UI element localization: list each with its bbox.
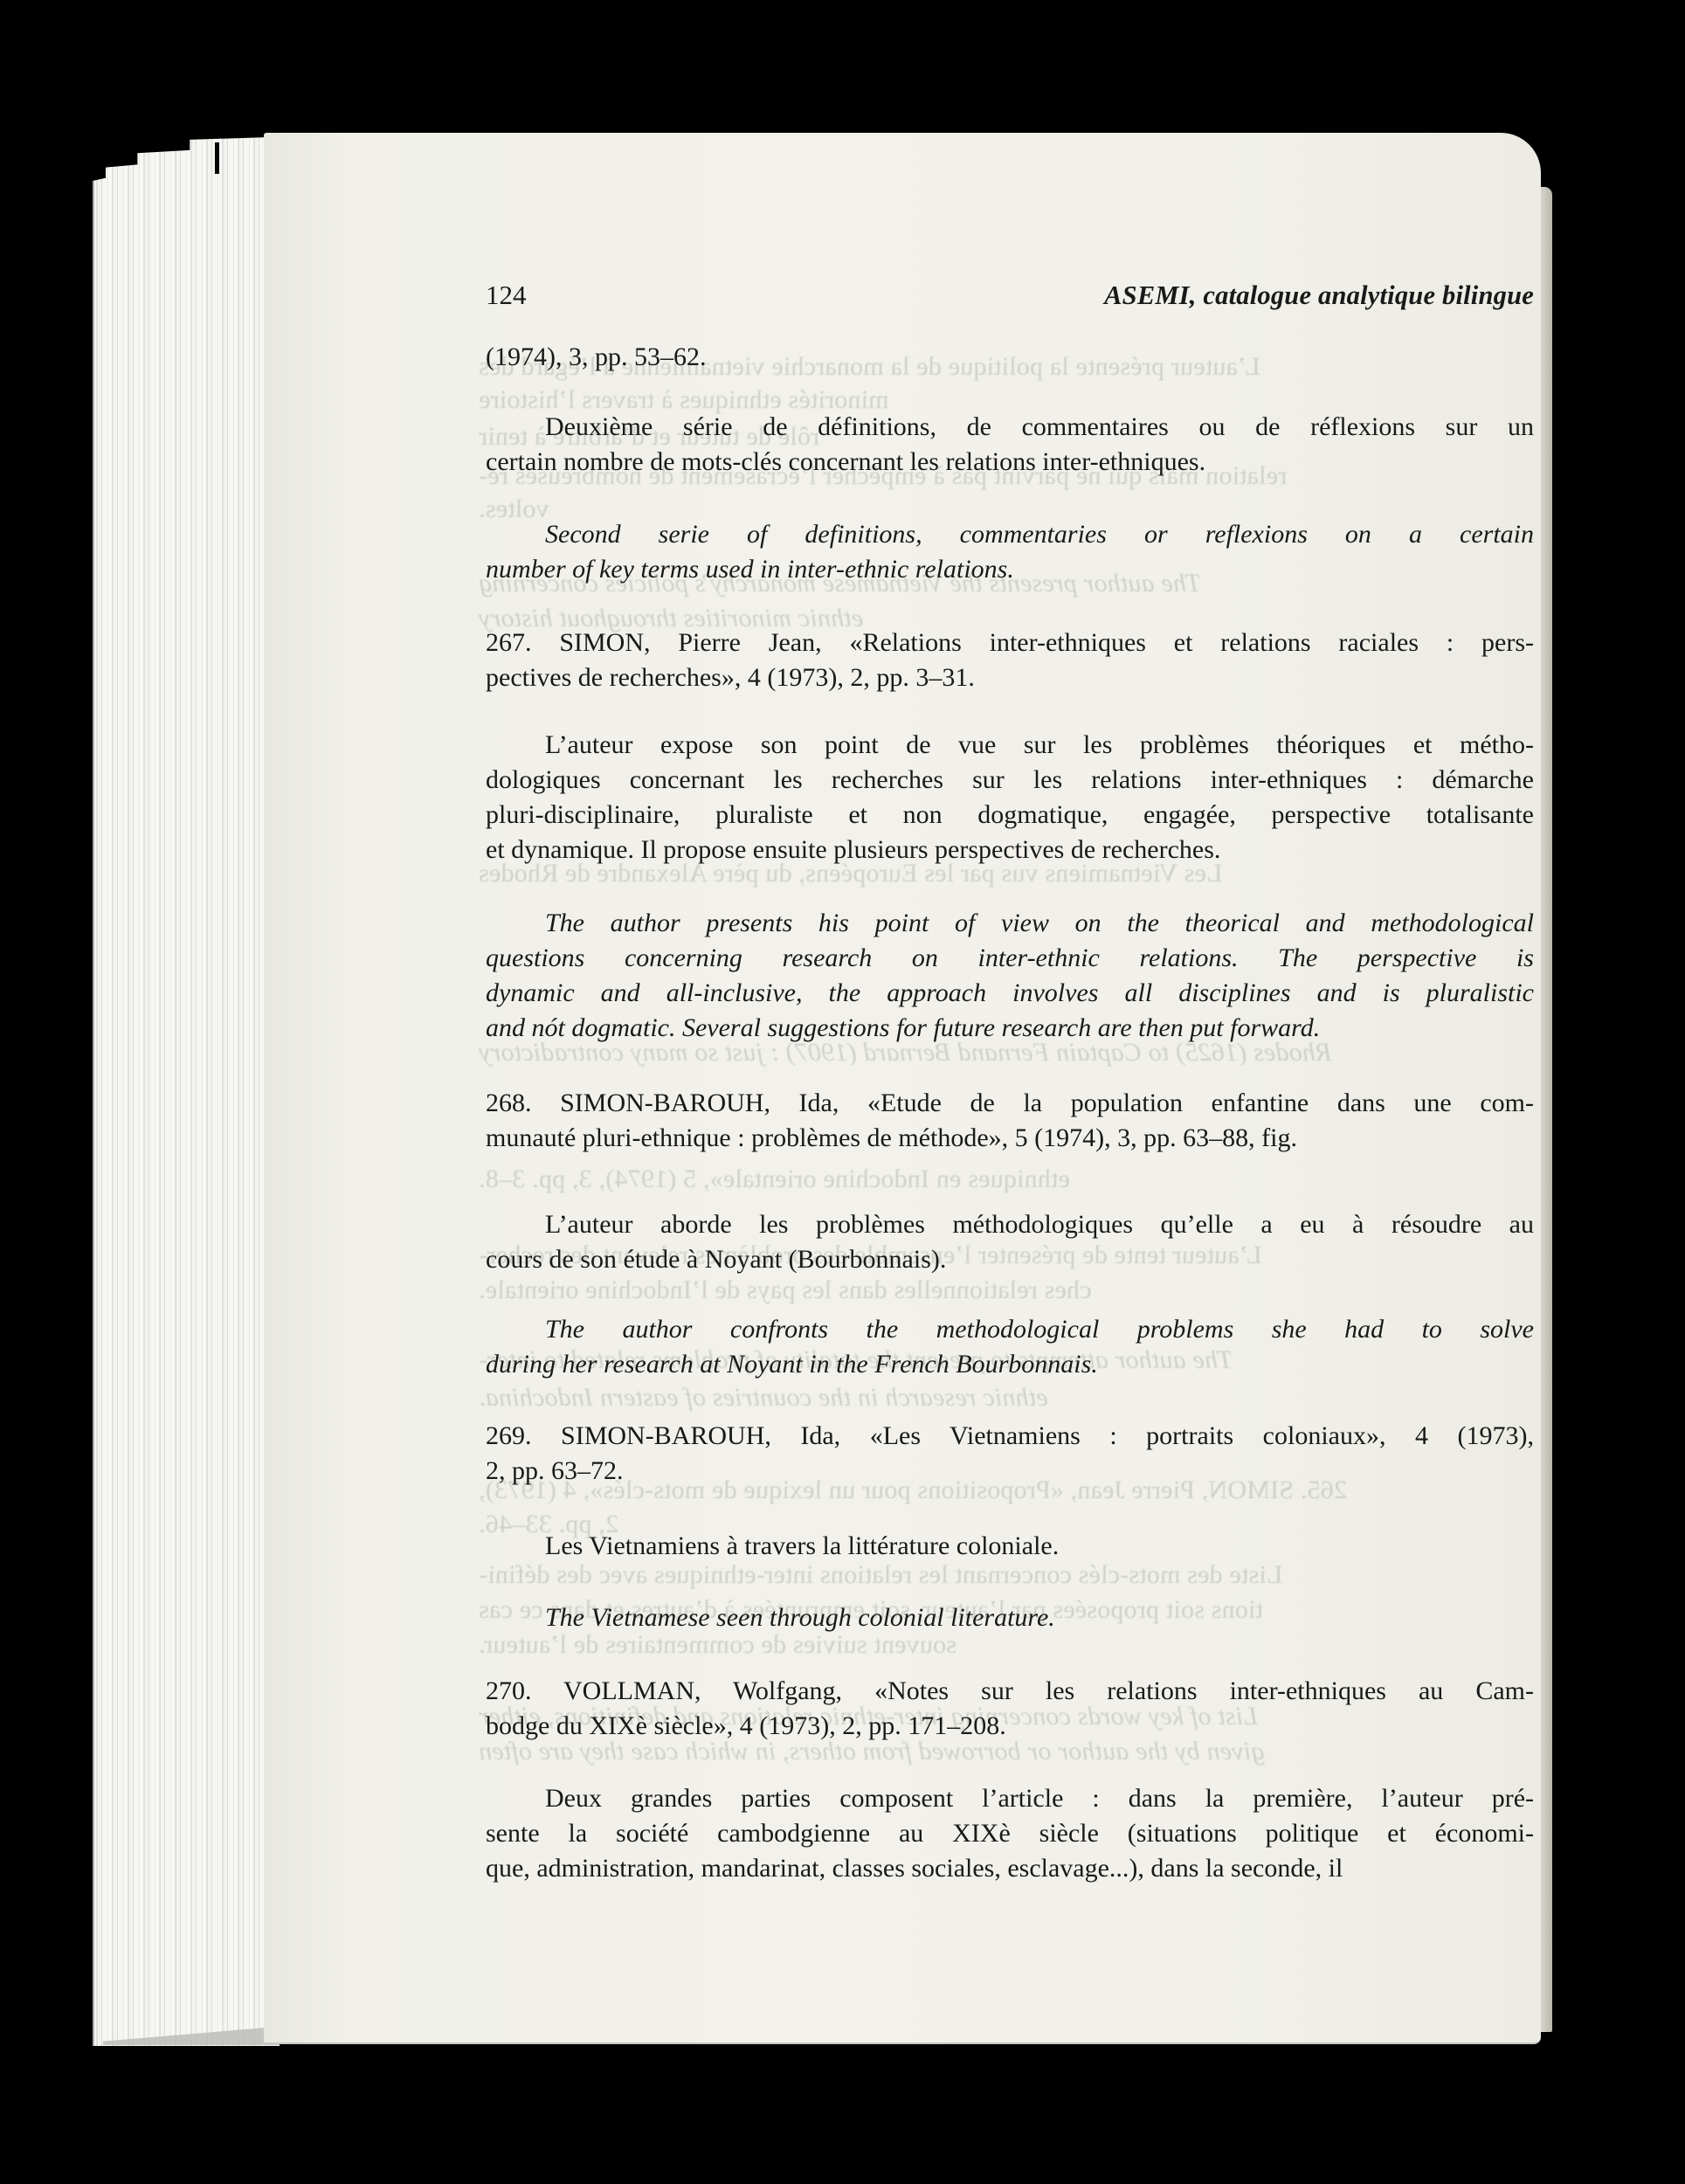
page-header: 124 ASEMI, catalogue analytique bilingue [486,278,1534,313]
text-line: 2, pp. 63–72. [486,1454,1534,1489]
paragraph: Deux grandes parties composent l’article… [486,1781,1534,1886]
entry: 268. SIMON-BAROUH, Ida, «Etude de la pop… [486,1086,1534,1156]
text-line: sente la société cambodgienne au XIXè si… [486,1816,1534,1851]
paragraph: Deuxième série de définitions, de commen… [486,410,1534,480]
text-line: 268. SIMON-BAROUH, Ida, «Etude de la pop… [486,1086,1534,1121]
paragraph: The Vietnamese seen through colonial lit… [486,1600,1534,1635]
text-line: The author confronts the methodological … [486,1312,1534,1347]
text-line: Les Vietnamiens à travers la littérature… [486,1529,1534,1564]
text-line: 269. SIMON-BAROUH, Ida, «Les Vietnamiens… [486,1419,1534,1454]
text-line: 270. VOLLMAN, Wolfgang, «Notes sur les r… [486,1674,1534,1709]
text-line: during her research at Noyant in the Fre… [486,1347,1534,1382]
text-line: dynamic and all-inclusive, the approach … [486,976,1534,1011]
text-line: L’auteur expose son point de vue sur les… [486,728,1534,763]
paragraph: Les Vietnamiens à travers la littérature… [486,1529,1534,1564]
under-page-edge [1541,187,1552,2032]
text-line: que, administration, mandarinat, classes… [486,1851,1534,1886]
text-line: munauté pluri-ethnique : problèmes de mé… [486,1121,1534,1156]
text-line: Second serie of definitions, commentarie… [486,517,1534,552]
paragraph: Second serie of definitions, commentarie… [486,517,1534,587]
text-line: et dynamique. Il propose ensuite plusieu… [486,833,1534,867]
text-line: The author presents his point of view on… [486,906,1534,941]
text-line: pectives de recherches», 4 (1973), 2, pp… [486,660,1534,695]
paragraph: (1974), 3, pp. 53–62. [486,340,1534,375]
paragraph: L’auteur expose son point de vue sur les… [486,728,1534,867]
text-line: The Vietnamese seen through colonial lit… [486,1600,1534,1635]
text-line: certain nombre de mots-clés concernant l… [486,445,1534,480]
page-gap-mark [215,142,219,174]
text-line: questions concerning research on inter-e… [486,941,1534,976]
text-line: dologiques concernant les recherches sur… [486,763,1534,798]
text-line: (1974), 3, pp. 53–62. [486,340,1534,375]
entry: 267. SIMON, Pierre Jean, «Relations inte… [486,625,1534,695]
entry: 269. SIMON-BAROUH, Ida, «Les Vietnamiens… [486,1419,1534,1489]
paragraph: The author presents his point of view on… [486,906,1534,1046]
page-stack-edge [93,131,280,2046]
page-text-blocks: (1974), 3, pp. 53–62.Deuxième série de d… [486,340,1534,1886]
entry: 270. VOLLMAN, Wolfgang, «Notes sur les r… [486,1674,1534,1744]
text-line: cours de son étude à Noyant (Bourbonnais… [486,1242,1534,1277]
text-line: Deuxième série de définitions, de commen… [486,410,1534,445]
text-line: and nót dogmatic. Several suggestions fo… [486,1011,1534,1046]
book-photo: L’auteur présente la politique de la mon… [0,0,1685,2184]
text-line: bodge du XIXè siècle», 4 (1973), 2, pp. … [486,1709,1534,1744]
text-line: Deux grandes parties composent l’article… [486,1781,1534,1816]
text-line: number of key terms used in inter-ethnic… [486,552,1534,587]
text-line: pluri-disciplinaire, pluraliste et non d… [486,798,1534,833]
running-title: ASEMI, catalogue analytique bilingue [1104,278,1534,313]
page-number: 124 [486,278,527,313]
paragraph: The author confronts the methodological … [486,1312,1534,1382]
page-content: 124 ASEMI, catalogue analytique bilingue… [486,278,1534,1886]
paragraph: L’auteur aborde les problèmes méthodolog… [486,1207,1534,1277]
text-line: 267. SIMON, Pierre Jean, «Relations inte… [486,625,1534,660]
text-line: L’auteur aborde les problèmes méthodolog… [486,1207,1534,1242]
